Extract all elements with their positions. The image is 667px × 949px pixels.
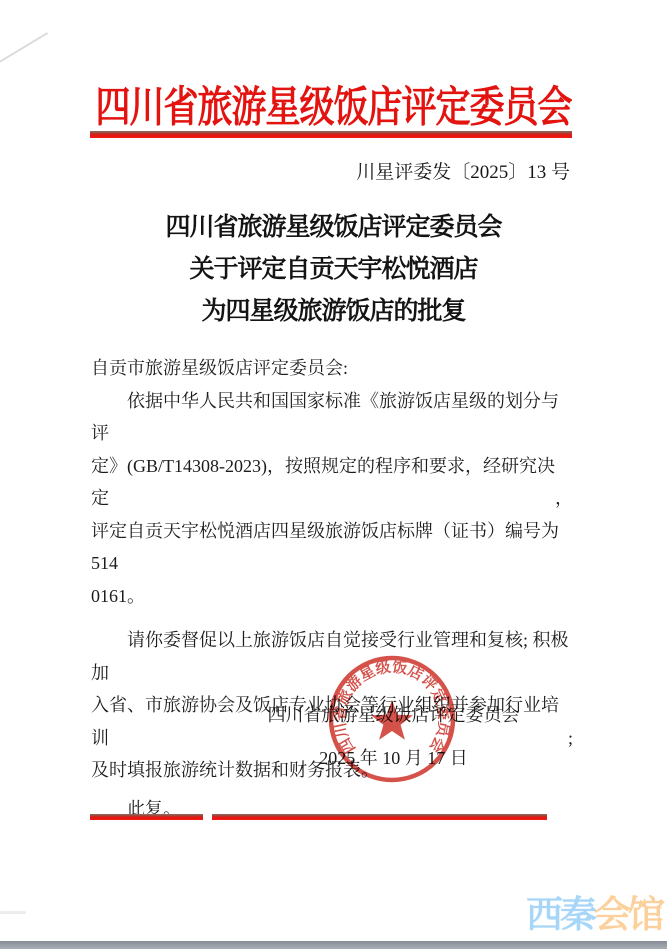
site-watermark: 西秦会馆 [526,884,662,938]
title-line-2: 关于评定自贡天宇松悦酒店 [0,249,667,291]
paragraph-1-line: 定》(GB/T14308-2023)，按照规定的程序和要求，经研究决定， [91,450,573,515]
footer-divider-line-left [90,814,203,820]
paragraph-1-line: 依据中华人民共和国国家标准《旅游饭店星级的划分与评 [91,385,573,450]
scan-artifact-smudge [0,911,26,914]
footer-divider-line-right [212,814,547,820]
salutation: 自贡市旅游星级饭店评定委员会: [91,352,573,385]
document-title: 四川省旅游星级饭店评定委员会 关于评定自贡天宇松悦酒店 为四星级旅游饭店的批复 [0,207,667,333]
letterhead-org-name: 四川省旅游星级饭店评定委员会 [0,74,667,135]
document-page: 四川省旅游星级饭店评定委员会 川星评委发〔2025〕13 号 四川省旅游星级饭店… [0,0,667,949]
document-number: 川星评委发〔2025〕13 号 [356,157,570,184]
title-line-3: 为四星级旅游饭店的批复 [0,291,667,333]
closing-phrase: 此复。 [91,793,573,826]
page-bottom-edge [0,941,667,949]
paragraph-1-line: 评定自贡天宇松悦酒店四星级旅游饭店标牌（证书）编号为514 [91,515,573,580]
paragraph-2-line: 请你委督促以上旅游饭店自觉接受行业管理和复核; 积极加 [91,624,573,689]
scan-artifact-line [0,32,48,66]
title-line-1: 四川省旅游星级饭店评定委员会 [0,207,667,249]
signature-org-name: 四川省旅游星级饭店评定委员会 [120,701,667,727]
paragraph-1-line: 0161。 [91,580,573,613]
signature-date: 2025 年 10 月 17 日 [120,744,667,770]
watermark-text-blue: 西秦 [526,893,594,936]
letterhead-divider-line [90,131,572,138]
signature-block: 四川省旅游星级饭店评定委员会 2025 年 10 月 17 日 [120,701,667,770]
watermark-text-orange: 会馆 [594,893,662,936]
